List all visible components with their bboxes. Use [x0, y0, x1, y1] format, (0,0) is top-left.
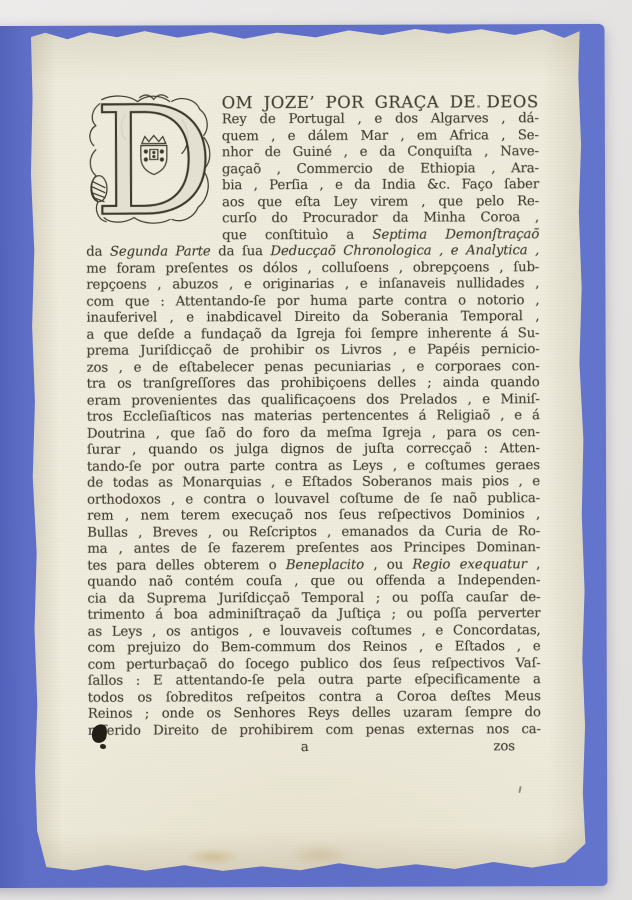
text-line: trimento á boa adminiſtraçaõ da Juſtiça …: [87, 606, 540, 624]
text-segment: que conſtituìo a: [222, 227, 372, 243]
text-segment: prema Juriſdicçaõ de prohibir os Livros …: [87, 342, 540, 359]
text-line: Doutrina , que ſaõ do foro da meſma Igre…: [87, 425, 540, 443]
text-line: quando naõ contém couſa , que ou offenda…: [87, 573, 540, 591]
text-line: tando-ſe por outra parte contra as Leys …: [87, 458, 540, 476]
text-segment: Bullas , Breves , ou Reſcriptos , emanad…: [87, 524, 540, 541]
body-text: da Segunda Parte da ſua Deducçaõ Chronol…: [86, 243, 541, 740]
text-segment: quando naõ contém couſa , que ou offenda…: [87, 573, 540, 590]
text-line: tra os tranſgreſſores das prohibiçoens d…: [87, 375, 540, 393]
text-line: com prejuizo do Bem-commum dos Reinos , …: [88, 639, 541, 657]
signature-mark: a: [301, 740, 309, 757]
text-segment: tando-ſe por outra parte contra as Leys …: [87, 458, 540, 475]
text-segment: tros Eccleſiaſticos nas materias pertenc…: [87, 408, 540, 425]
text-line: orthodoxos , e contra o louvavel coſtume…: [87, 491, 540, 509]
italic-segment: Deducçaõ Chronologica , e Analytica ,: [270, 243, 539, 259]
text-segment: da ſua: [211, 244, 271, 259]
text-line: rem , nem terem execuçaõ nos ſeus reſpec…: [87, 507, 540, 525]
text-line: Bullas , Breves , ou Reſcriptos , emanad…: [87, 524, 540, 542]
text-line: com que : Attentando-ſe por huma parte c…: [86, 293, 539, 311]
text-block: D OM JOZE’ POR GRAÇA DE DEOS Rey de Port…: [86, 92, 541, 758]
text-segment: tra os tranſgreſſores das prohibiçoens d…: [87, 375, 540, 392]
text-segment: ma , antes de ſe fazerem preſentes aos P…: [87, 540, 540, 557]
text-line: ſurar , quando os julga dignos de juſta …: [87, 441, 540, 459]
document-page: D OM JOZE’ POR GRAÇA DE DEOS Rey de Port…: [29, 27, 588, 873]
text-line: tros Eccleſiaſticos nas materias pertenc…: [87, 408, 540, 426]
text-segment: Doutrina , que ſaõ do foro da meſma Igre…: [87, 425, 540, 442]
text-line: a que deſde a fundaçaõ da Igreja foi ſem…: [86, 326, 539, 344]
text-segment: curſo do Procurador da Minha Coroa ,: [222, 210, 539, 226]
italic-segment: Segunda Parte: [110, 244, 211, 259]
text-segment: de todas as Monarquias , e Eſtados Sober…: [87, 474, 540, 491]
text-segment: rem , nem terem execuçaõ nos ſeus reſpec…: [87, 507, 540, 524]
text-line: repçoens , abuzos , e originarias , e in…: [86, 276, 539, 294]
text-line: referido Direito de prohibirem com penas…: [88, 722, 541, 740]
text-segment: Rey de Portugal , e dos Algarves , dá-: [222, 111, 539, 127]
text-segment: ſallos : E attentando-ſe pela outra part…: [88, 672, 541, 689]
text-line: com perturbaçaõ do ſocego publico dos ſe…: [88, 656, 541, 674]
text-segment: tes para delles obterem o: [87, 558, 286, 574]
catchword: zos: [494, 739, 515, 756]
text-line: todos os ſobreditos reſpeitos contra a C…: [88, 689, 541, 707]
text-line: ſallos : E attentando-ſe pela outra part…: [88, 672, 541, 690]
text-segment: cia da Suprema Juriſdicçaõ Temporal ; ou…: [87, 590, 540, 607]
text-segment: nhor de Guiné , e da Conquiſta , Nave-: [222, 144, 539, 160]
italic-segment: Beneplacito: [286, 557, 364, 572]
text-segment: zos , e de eſtabelecer penas pecuniarias…: [87, 359, 540, 376]
text-line: cia da Suprema Juriſdicçaõ Temporal ; ou…: [87, 590, 540, 608]
text-line: as Leys , os antigos , e louvaveis coſtu…: [87, 623, 540, 641]
text-segment: me foram preſentes os dólos , colluſoens…: [86, 260, 539, 277]
italic-segment: Regio exequatur: [412, 557, 526, 572]
text-segment: , ou: [364, 557, 412, 572]
text-line: de todas as Monarquias , e Eſtados Sober…: [87, 474, 540, 492]
text-line: eram provenientes das qualificaçoens dos…: [87, 392, 540, 410]
text-line: inauferivel , e inabdicavel Direito da S…: [86, 309, 539, 327]
text-segment: trimento á boa adminiſtraçaõ da Juſtiça …: [87, 606, 540, 623]
woodcut-initial-icon: D: [86, 93, 213, 226]
text-segment: referido Direito de prohibirem com penas…: [88, 722, 541, 739]
text-segment: orthodoxos , e contra o louvavel coſtume…: [87, 491, 540, 508]
text-segment: ſurar , quando os julga dignos de juſta …: [87, 441, 540, 458]
text-segment: eram provenientes das qualificaçoens dos…: [87, 392, 540, 409]
text-segment: quem , e dálem Mar , em Africa , Se-: [222, 128, 539, 144]
text-line: me foram preſentes os dólos , colluſoens…: [86, 260, 539, 278]
text-line: da Segunda Parte da ſua Deducçaõ Chronol…: [86, 243, 539, 261]
text-segment: com perturbaçaõ do ſocego publico dos ſe…: [88, 656, 541, 673]
text-line: prema Juriſdicçaõ de prohibir os Livros …: [87, 342, 540, 360]
text-line: tes para delles obterem o Beneplacito , …: [87, 557, 540, 575]
text-segment: gaçaõ , Commercio de Ethiopia , Ara-: [222, 161, 539, 177]
text-segment: com prejuizo do Bem-commum dos Reinos , …: [88, 639, 541, 656]
text-segment: repçoens , abuzos , e originarias , e in…: [86, 276, 539, 293]
text-line: Reinos ; onde os Senhores Reys delles uz…: [88, 705, 541, 723]
text-segment: bia , Perſia , e da India &c. Faço ſaber: [222, 177, 539, 193]
signature-row: a zos: [88, 739, 541, 758]
text-segment: da: [86, 245, 110, 260]
dropcap: D: [86, 93, 213, 233]
text-segment: ,: [527, 557, 540, 572]
italic-segment: Septima Demonſtraçaõ: [372, 227, 539, 243]
text-segment: aos que eſta Ley virem , que pelo Re-: [222, 194, 539, 210]
text-line: ma , antes de ſe fazerem preſentes aos P…: [87, 540, 540, 558]
text-line: zos , e de eſtabelecer penas pecuniarias…: [87, 359, 540, 377]
text-segment: todos os ſobreditos reſpeitos contra a C…: [88, 689, 541, 706]
text-segment: a que deſde a fundaçaõ da Igreja foi ſem…: [86, 326, 539, 343]
text-segment: as Leys , os antigos , e louvaveis coſtu…: [87, 623, 540, 640]
text-segment: Reinos ; onde os Senhores Reys delles uz…: [88, 705, 541, 722]
text-segment: inauferivel , e inabdicavel Direito da S…: [86, 309, 539, 326]
text-segment: com que : Attentando-ſe por huma parte c…: [86, 293, 539, 310]
